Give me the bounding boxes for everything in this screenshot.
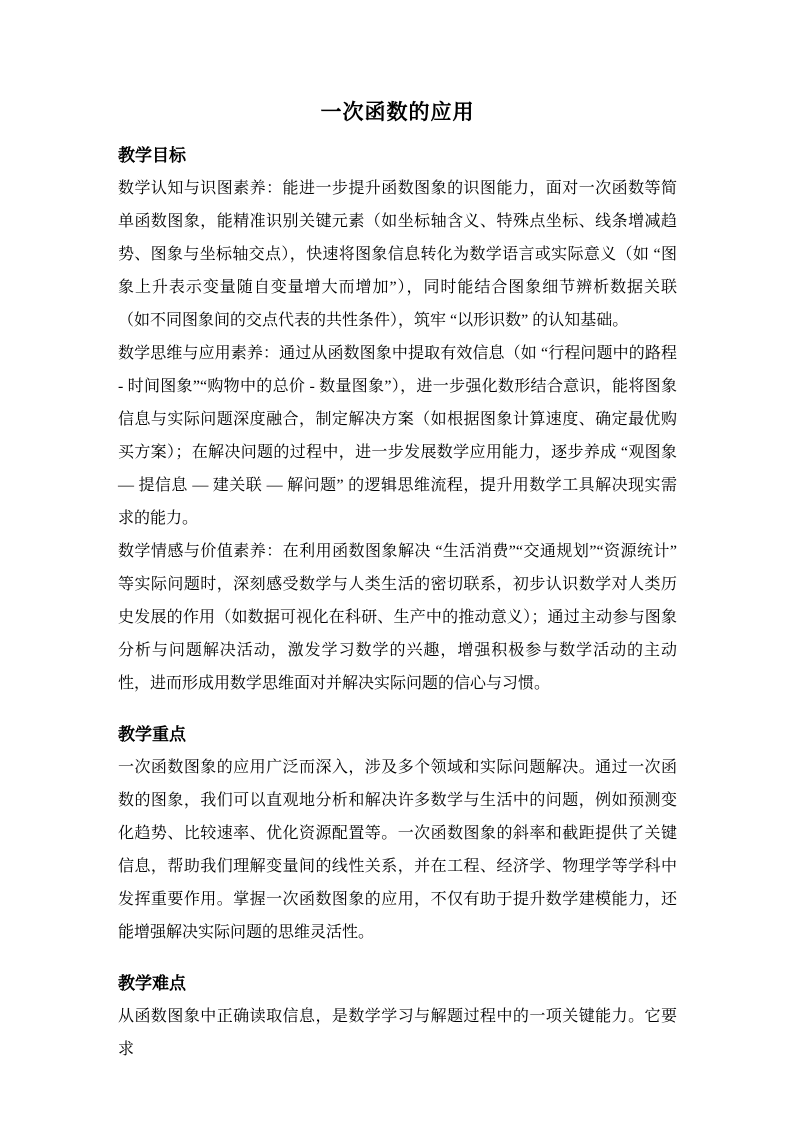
section-teaching-objectives: 教学目标 数学认知与识图素养：能进一步提升函数图象的识图能力，面对一次函数等简单… xyxy=(118,139,677,700)
section-teaching-focus: 教学重点 一次函数图象的应用广泛而深入，涉及多个领域和实际问题解决。通过一次函数… xyxy=(118,718,677,949)
paragraph-objective-thinking: 数学思维与应用素养：通过从函数图象中提取有效信息（如 “行程问题中的路程 - 时… xyxy=(118,337,677,535)
section-heading-teaching-difficulty: 教学难点 xyxy=(118,967,677,1000)
document-title: 一次函数的应用 xyxy=(118,97,677,127)
section-heading-teaching-objectives: 教学目标 xyxy=(118,139,677,172)
paragraph-objective-values: 数学情感与价值素养：在利用函数图象解决 “生活消费”“交通规划”“资源统计” 等… xyxy=(118,535,677,700)
paragraph-teaching-focus: 一次函数图象的应用广泛而深入，涉及多个领域和实际问题解决。通过一次函数的图象，我… xyxy=(118,751,677,949)
section-heading-teaching-focus: 教学重点 xyxy=(118,718,677,751)
paragraph-objective-cognition: 数学认知与识图素养：能进一步提升函数图象的识图能力，面对一次函数等简单函数图象，… xyxy=(118,172,677,337)
section-teaching-difficulty: 教学难点 从函数图象中正确读取信息，是数学学习与解题过程中的一项关键能力。它要求 xyxy=(118,967,677,1066)
document-page: 一次函数的应用 教学目标 数学认知与识图素养：能进一步提升函数图象的识图能力，面… xyxy=(0,0,794,1123)
paragraph-teaching-difficulty: 从函数图象中正确读取信息，是数学学习与解题过程中的一项关键能力。它要求 xyxy=(118,1000,677,1066)
